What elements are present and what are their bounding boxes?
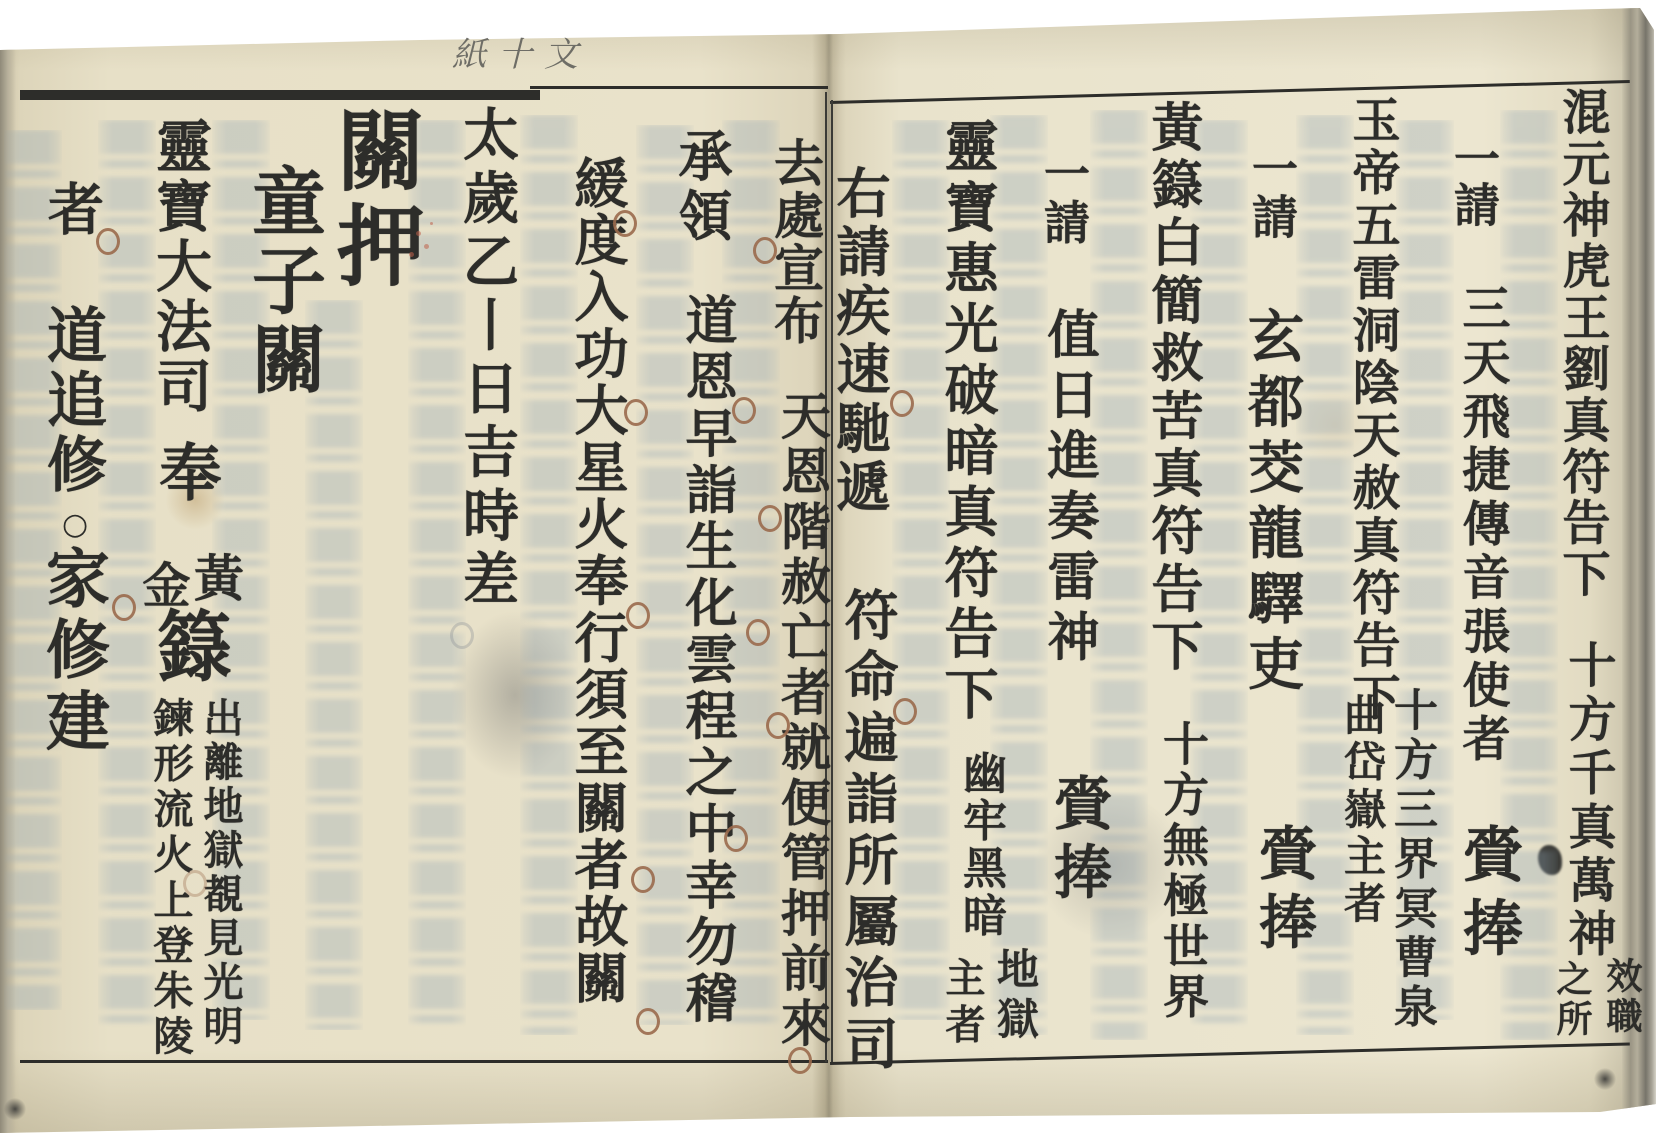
register-prefix-left: 金 [138,560,186,608]
column-16-continuation: 家修建 [40,545,104,759]
addressee-line: 童子關 [246,163,320,400]
column-2-tail: 賫捧 [1458,823,1518,970]
column-7-annotation-left: 主者 [942,957,982,1050]
document-title: 關押 [331,105,419,295]
column-8-main-text: 右請疾速馳遞 [833,165,887,517]
punctuation-circle [96,228,120,255]
column-3-annotation-left: 曲岱嶽主者 [1341,693,1383,928]
column-4-heading: 一請 [1249,145,1295,241]
punctuation-circle [631,866,655,893]
red-ink-speck [409,252,414,257]
punctuation-circle [626,602,650,629]
column-1-annotation-right: 效職 [1604,957,1640,1037]
date-line: 太歲乙丨日吉時差 [459,105,515,613]
column-2-main-text: 三天飛捷傳音張使者 [1458,283,1506,767]
punctuation-circle [613,210,637,237]
column-4-tail: 賫捧 [1254,823,1312,960]
punctuation-circle [788,1047,812,1074]
column-3-main-text: 玉帝五雷洞陰天赦真符告下 [1348,95,1396,725]
column-8-continuation: 符命遍詣所屬治司 [841,587,895,1077]
column-1-continuation: 十方千真萬神 [1564,640,1612,962]
punctuation-circle [112,594,136,621]
column-4-main-text: 玄都茭龍驛吏 [1244,307,1300,700]
column-16-main-text: 道追修 [42,304,102,498]
punctuation-circle [890,390,914,417]
ink-blot [4,1098,26,1120]
bleed-through-column [305,300,363,1030]
column-16-first-character: 者 [44,180,100,236]
column-7-continuation: 幽牢黑暗 [958,750,1002,940]
punctuation-circle [753,237,777,264]
column-1-main-text: 混元神虎王劉真符告下 [1558,87,1606,600]
punctuation-circle [893,698,917,725]
red-ink-speck [424,244,429,249]
punctuation-circle-faint [450,622,474,649]
ink-blot [1594,1068,1616,1090]
top-rule-left-page-thick [20,90,540,100]
manuscript-scan: 紙十文 混元神虎王劉真符告下 十方千真萬神 效職 之所 一請 三天飛捷傳音張使者… [0,0,1668,1141]
punctuation-circle [636,1008,660,1035]
punctuation-circle [724,825,748,852]
column-3-annotation-right: 十方三界冥曹泉 [1389,687,1433,1033]
punctuation-circle [746,619,770,646]
column-1-annotation-left: 之所 [1554,960,1590,1040]
column-6-main-text: 值日進奏雷神 [1042,307,1094,670]
column-6-tail: 賫捧 [1049,773,1107,910]
column-10-continuation: 道恩早詣生化雲程之中幸勿稽 [680,293,732,1028]
column-5-continuation: 十方無極世界 [1160,720,1206,1023]
punctuation-circle-faint [183,870,207,897]
column-7-annotation-right: 地獄 [994,947,1036,1047]
top-rule-left-page-thin [530,86,828,89]
punctuation-circle [624,399,648,426]
red-ink-speck [416,231,421,236]
margin-note: 紙十文 [452,38,590,72]
column-7-main-text: 靈寶惠光破暗真符告下 [941,118,995,727]
register-shared-character: 籙 [150,607,226,683]
placeholder-circle-mark: ○ [62,510,88,540]
column-10-main-text: 承領 [675,128,729,247]
column-5-main-text: 黃籙白簡救苦真符告下 [1146,100,1198,677]
column-2-heading: 一請 [1451,135,1497,227]
red-ink-speck [430,222,433,225]
column-9-main-text: 去處宣布 [770,137,820,347]
punctuation-circle [732,397,756,424]
column-15-annotation-right: 出離地獄覩見光明 [200,697,240,1049]
punctuation-circle [766,712,790,739]
punctuation-circle [758,505,782,532]
bottom-rule-left-page [20,1060,828,1063]
register-prefix-right: 黃 [190,552,240,602]
column-11-main-text: 緩度入功大星火奉行須至關者故關 [571,155,625,1007]
issuing-office: 靈寶大法司 [152,117,208,417]
column-6-heading: 一請 [1041,150,1087,247]
issuing-verb: 奉 [154,440,216,502]
